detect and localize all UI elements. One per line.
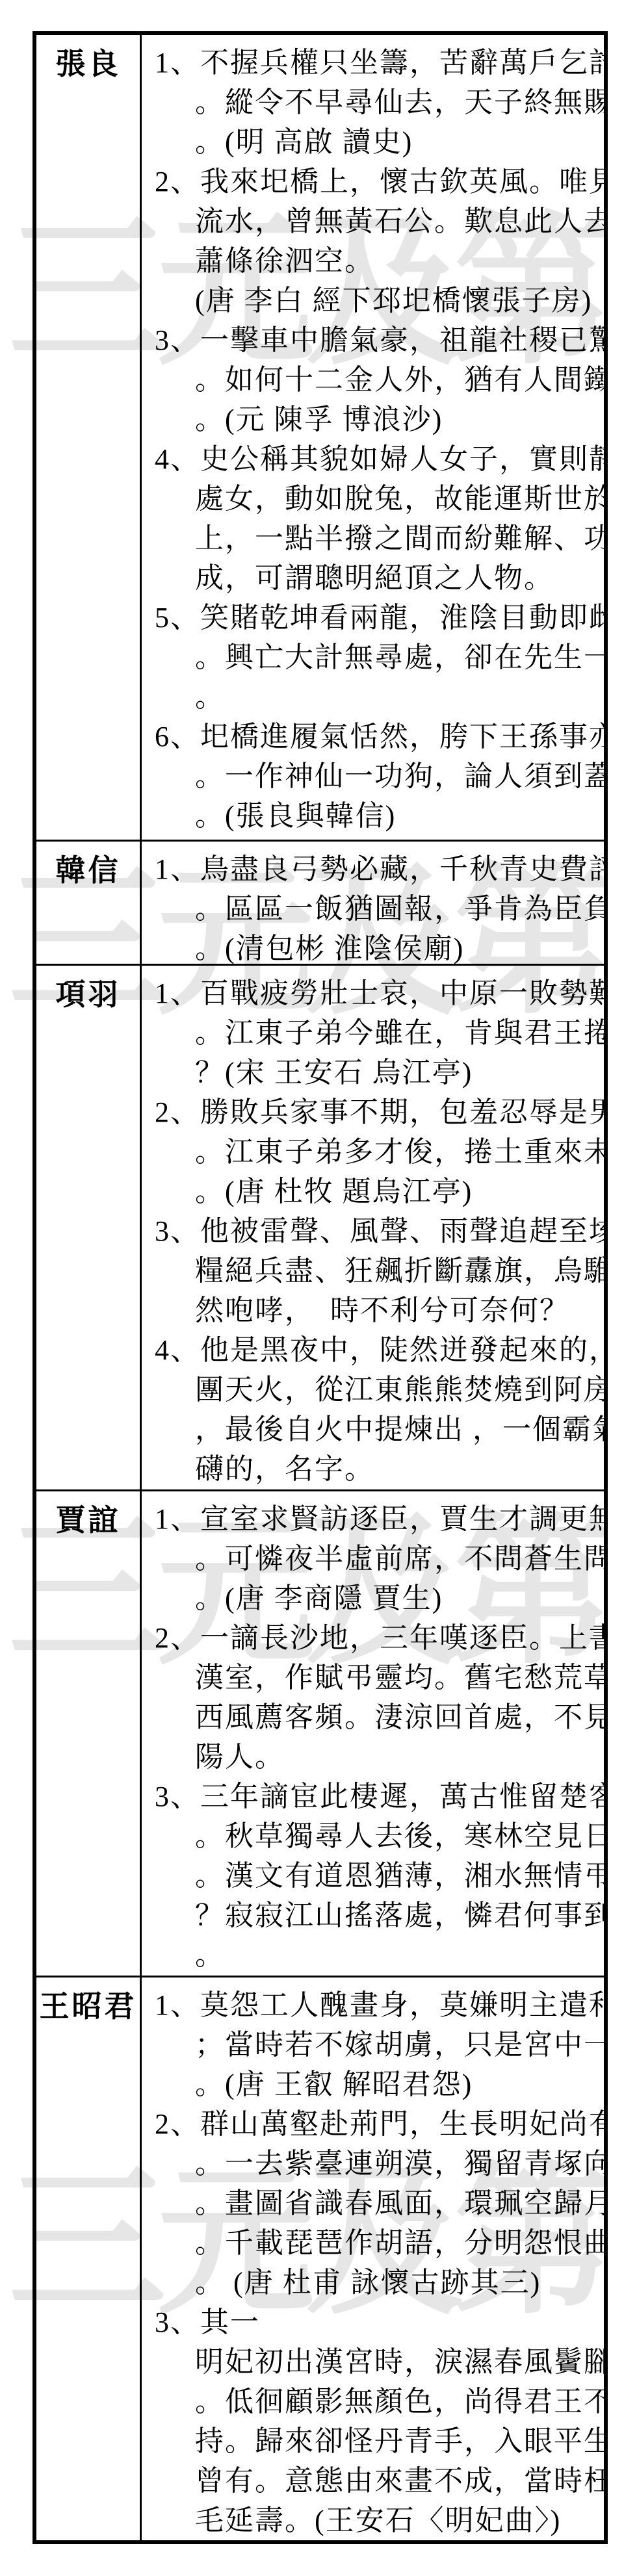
- poem-line: 。縱令不早尋仙去，天子終無賜醢謀: [195, 83, 604, 122]
- poem-item: 4、他是黑夜中，陡然迸發起來的，一團天火，從江東熊熊焚燒到阿房宮，最後自火中提煉…: [155, 1330, 604, 1489]
- poem-line: 3、一擊車中膽氣豪，祖龍社稷已驚搖: [155, 320, 604, 360]
- poem-item: 2、群山萬壑赴荊門，生長明妃尚有村。一去紫臺連朔漠，獨留青塚向黃昏。畫圖省識春風…: [155, 2104, 604, 2302]
- poem-line: 。(清包彬 淮陰侯廟): [195, 929, 604, 964]
- poem-line: 。可憐夜半虛前席，不問蒼生問鬼神: [195, 1539, 604, 1578]
- poem-line: 4、他是黑夜中，陡然迸發起來的，一: [155, 1330, 604, 1370]
- poems-table: 張良1、不握兵權只坐籌，苦辭萬戶乞討留。縱令不早尋仙去，天子終無賜醢謀。(明 高…: [32, 31, 608, 2544]
- poem-item: 5、笑賭乾坤看兩龍，淮陰目動即雌雄。興亡大計無尋處，卻在先生一躡中。: [155, 598, 604, 717]
- poem-line: 成，可謂聰明絕頂之人物。: [195, 558, 604, 598]
- table-row: 張良1、不握兵權只坐籌，苦辭萬戶乞討留。縱令不早尋仙去，天子終無賜醢謀。(明 高…: [36, 35, 604, 842]
- figure-name: 韓信: [36, 842, 142, 964]
- poem-line: 糧絕兵盡、狂飆折斷纛旗，烏騅赫: [195, 1251, 604, 1291]
- poem-line: 1、莫怨工人醜畫身，莫嫌明主遣和親: [155, 1985, 604, 2025]
- poem-item: 3、一擊車中膽氣豪，祖龍社稷已驚搖。如何十二金人外，猶有人間鐵未銷。(元 陳孚 …: [155, 320, 604, 439]
- poem-item: 2、我來圯橋上，懷古欽英風。唯見碧流水，曾無黃石公。歎息此人去，蕭條徐泗空。(唐…: [155, 162, 604, 320]
- poem-line: 上，一點半撥之間而紛難解、功業: [195, 519, 604, 558]
- poem-line: 。江東子弟今雖在，肯與君王捲土來: [195, 1013, 604, 1053]
- poem-list: 1、不握兵權只坐籌，苦辭萬戶乞討留。縱令不早尋仙去，天子終無賜醢謀。(明 高啟 …: [142, 35, 604, 840]
- table-row: 賈誼1、宣室求賢訪逐臣，賈生才調更無倫。可憐夜半虛前席，不問蒼生問鬼神。(唐 李…: [36, 1491, 604, 1977]
- poem-line: 。 (唐 杜甫 詠懷古跡其三): [195, 2263, 604, 2302]
- table-row: 項羽1、百戰疲勞壯士哀，中原一敗勢難回。江東子弟今雖在，肯與君王捲土來？(宋 王…: [36, 966, 604, 1491]
- poem-line: 漢室，作賦弔靈均。舊宅愁荒草，: [195, 1658, 604, 1697]
- poem-line: ，最後自火中提煉出 ，一個霸氣磅: [195, 1410, 604, 1449]
- poem-item: 1、鳥盡良弓勢必藏，千秋青史費評章。區區一飯猶圖報，爭肯為臣負漢王。(清包彬 淮…: [155, 849, 604, 964]
- poem-line: 明妃初出漢宮時，淚濕春風鬢腳垂: [195, 2342, 604, 2382]
- poem-list: 1、百戰疲勞壯士哀，中原一敗勢難回。江東子弟今雖在，肯與君王捲土來？(宋 王安石…: [142, 966, 604, 1489]
- poem-line: 1、鳥盡良弓勢必藏，千秋青史費評章: [155, 849, 604, 889]
- poem-line: 3、三年謫宦此棲遲，萬古惟留楚客悲: [155, 1777, 604, 1816]
- poem-line: 。秋草獨尋人去後，寒林空見日斜時: [195, 1816, 604, 1856]
- poem-list: 1、莫怨工人醜畫身，莫嫌明主遣和親；當時若不嫁胡虜，只是宮中一舞人。(唐 王叡 …: [142, 1977, 604, 2540]
- poem-line: 礴的，名字。: [195, 1449, 604, 1489]
- table-row: 王昭君1、莫怨工人醜畫身，莫嫌明主遣和親；當時若不嫁胡虜，只是宮中一舞人。(唐 …: [36, 1977, 604, 2540]
- poem-line: 。(唐 李商隱 賈生): [195, 1578, 604, 1618]
- poem-list: 1、鳥盡良弓勢必藏，千秋青史費評章。區區一飯猶圖報，爭肯為臣負漢王。(清包彬 淮…: [142, 842, 604, 964]
- poem-line: 1、百戰疲勞壯士哀，中原一敗勢難回: [155, 973, 604, 1013]
- poem-item: 1、百戰疲勞壯士哀，中原一敗勢難回。江東子弟今雖在，肯與君王捲土來？(宋 王安石…: [155, 973, 604, 1092]
- poem-item: 6、圯橋進履氣恬然，胯下王孫事亦傳。一作神仙一功狗，論人須到蓋棺年。(張良與韓信…: [155, 717, 604, 836]
- poem-item: 3、他被雷聲、風聲、雨聲追趕至垓下，糧絕兵盡、狂飆折斷纛旗，烏騅赫然咆哮， 時不…: [155, 1211, 604, 1330]
- table-row: 韓信1、鳥盡良弓勢必藏，千秋青史費評章。區區一飯猶圖報，爭肯為臣負漢王。(清包彬…: [36, 842, 604, 966]
- poem-line: 1、不握兵權只坐籌，苦辭萬戶乞討留: [155, 43, 604, 83]
- poem-line: 。畫圖省識春風面，環珮空歸月夜魂: [195, 2183, 604, 2223]
- poem-line: 然咆哮， 時不利兮可奈何？: [195, 1291, 604, 1330]
- poem-line: 5、笑賭乾坤看兩龍，淮陰目動即雌雄: [155, 598, 604, 638]
- figure-name: 項羽: [36, 966, 142, 1489]
- poem-line: 。(唐 王叡 解昭君怨): [195, 2065, 604, 2104]
- poem-line: 3、其一: [155, 2302, 604, 2342]
- poem-line: 。興亡大計無尋處，卻在先生一躡中: [195, 638, 604, 677]
- poem-line: 1、宣室求賢訪逐臣，賈生才調更無倫: [155, 1499, 604, 1539]
- poem-item: 1、莫怨工人醜畫身，莫嫌明主遣和親；當時若不嫁胡虜，只是宮中一舞人。(唐 王叡 …: [155, 1985, 604, 2104]
- poem-item: 4、史公稱其貌如婦人女子，實則靜如處女，動如脫兔，故能運斯世於掌上，一點半撥之間…: [155, 439, 604, 598]
- poem-line: (唐 李白 經下邳圯橋懷張子房): [195, 281, 604, 320]
- poem-line: 。(唐 杜牧 題烏江亭): [195, 1172, 604, 1211]
- poem-line: 持。歸來卻怪丹青手，入眼平生幾: [195, 2421, 604, 2461]
- poem-line: 2、我來圯橋上，懷古欽英風。唯見碧: [155, 162, 604, 201]
- poem-line: 。江東子弟多才俊，捲土重來未可知: [195, 1132, 604, 1172]
- poem-line: 陽人。: [195, 1737, 604, 1777]
- figure-name: 王昭君: [36, 1977, 142, 2540]
- poem-line: 流水，曾無黃石公。歎息此人去，: [195, 201, 604, 241]
- poem-line: ？(宋 王安石 烏江亭): [195, 1053, 604, 1092]
- poem-line: 3、他被雷聲、風聲、雨聲追趕至垓下，: [155, 1211, 604, 1251]
- poem-line: 6、圯橋進履氣恬然，胯下王孫事亦傳: [155, 717, 604, 756]
- poem-line: 蕭條徐泗空。: [195, 241, 604, 281]
- poem-line: 曾有。意態由來畫不成，當時枉殺: [195, 2461, 604, 2501]
- poem-line: 。漢文有道恩猶薄，湘水無情弔豈知: [195, 1856, 604, 1896]
- poem-list: 1、宣室求賢訪逐臣，賈生才調更無倫。可憐夜半虛前席，不問蒼生問鬼神。(唐 李商隱…: [142, 1491, 604, 1976]
- poem-line: ？寂寂江山搖落處，憐君何事到天涯: [195, 1896, 604, 1935]
- poem-line: 團天火，從江東熊熊焚燒到阿房宮: [195, 1370, 604, 1410]
- poem-item: 1、宣室求賢訪逐臣，賈生才調更無倫。可憐夜半虛前席，不問蒼生問鬼神。(唐 李商隱…: [155, 1499, 604, 1618]
- poem-item: 2、勝敗兵家事不期，包羞忍辱是男兒。江東子弟多才俊，捲土重來未可知。(唐 杜牧 …: [155, 1092, 604, 1211]
- poem-line: 。千載琵琶作胡語，分明怨恨曲中論: [195, 2223, 604, 2263]
- figure-name: 張良: [36, 35, 142, 840]
- poem-line: 處女，動如脫兔，故能運斯世於掌: [195, 479, 604, 519]
- poem-item: 1、不握兵權只坐籌，苦辭萬戶乞討留。縱令不早尋仙去，天子終無賜醢謀。(明 高啟 …: [155, 43, 604, 162]
- figure-name: 賈誼: [36, 1491, 142, 1976]
- poem-line: 。低徊顧影無顏色，尚得君王不自: [195, 2382, 604, 2421]
- poem-line: ；當時若不嫁胡虜，只是宮中一舞人: [195, 2025, 604, 2065]
- poem-line: 。(張良與韓信): [195, 796, 604, 836]
- poem-line: 。(元 陳孚 博浪沙): [195, 400, 604, 439]
- poem-line: 毛延壽。(王安石〈明妃曲〉): [195, 2501, 604, 2540]
- poem-line: 2、群山萬壑赴荊門，生長明妃尚有村: [155, 2104, 604, 2144]
- poem-line: 2、勝敗兵家事不期，包羞忍辱是男兒: [155, 1092, 604, 1132]
- poem-line: 。(明 高啟 讀史): [195, 122, 604, 162]
- poem-line: 。區區一飯猶圖報，爭肯為臣負漢王: [195, 889, 604, 929]
- poem-line: 2、一謫長沙地，三年嘆逐臣。上書憂: [155, 1618, 604, 1658]
- poem-line: 。一去紫臺連朔漠，獨留青塚向黃昏: [195, 2144, 604, 2183]
- poem-item: 2、一謫長沙地，三年嘆逐臣。上書憂漢室，作賦弔靈均。舊宅愁荒草，西風薦客頻。淒涼…: [155, 1618, 604, 1777]
- poem-line: 4、史公稱其貌如婦人女子，實則靜如: [155, 439, 604, 479]
- poem-item: 3、其一明妃初出漢宮時，淚濕春風鬢腳垂。低徊顧影無顏色，尚得君王不自持。歸來卻怪…: [155, 2302, 604, 2540]
- poem-line: 。: [195, 677, 604, 717]
- poem-line: 。一作神仙一功狗，論人須到蓋棺年: [195, 756, 604, 796]
- poem-line: 西風薦客頻。淒涼回首處，不見洛: [195, 1697, 604, 1737]
- poem-line: 。如何十二金人外，猶有人間鐵未銷: [195, 360, 604, 400]
- poem-line: 。: [195, 1935, 604, 1975]
- poem-item: 3、三年謫宦此棲遲，萬古惟留楚客悲。秋草獨尋人去後，寒林空見日斜時。漢文有道恩猶…: [155, 1777, 604, 1975]
